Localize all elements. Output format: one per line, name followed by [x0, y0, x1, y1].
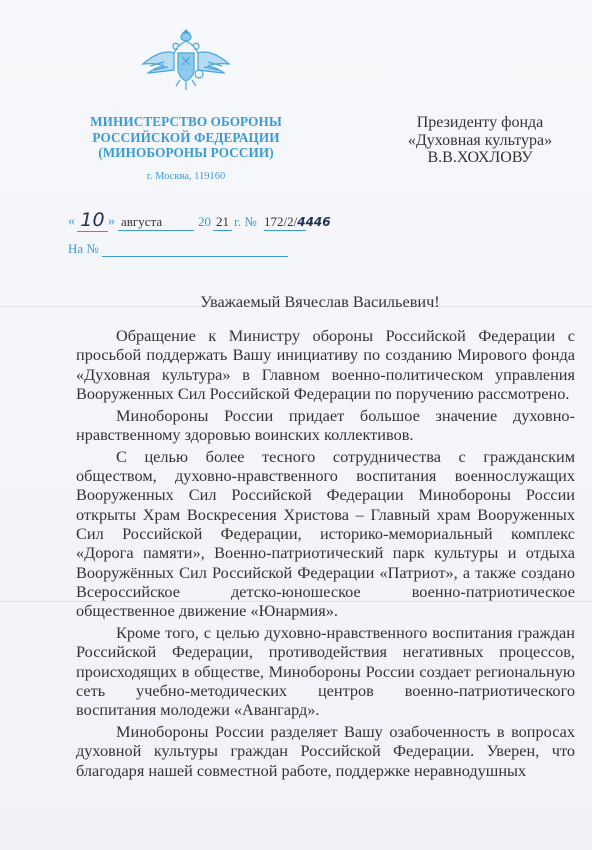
- number-typed: 172/2/: [264, 214, 297, 229]
- year-suffix: 21: [213, 214, 232, 231]
- salutation: Уважаемый Вячеслав Васильевич!: [60, 292, 580, 312]
- addressee-line: В.В.ХОХЛОВУ: [380, 149, 580, 167]
- year-number-label: г. №: [234, 214, 257, 230]
- paragraph: С целью более тесного сотрудничества с г…: [76, 447, 575, 621]
- paragraph: Минобороны России разделяет Вашу озабоче…: [76, 722, 575, 780]
- ministry-line: (МИНОБОРОНЫ РОССИИ): [62, 145, 310, 161]
- addressee-block: Президенту фонда «Духовная культура» В.В…: [380, 114, 580, 167]
- quote-open: «: [68, 214, 75, 230]
- year-prefix: 20: [198, 214, 211, 230]
- quote-close: »: [108, 214, 115, 230]
- paragraph: Обращение к Министру обороны Российской …: [76, 326, 575, 403]
- letter-page: МИНИСТЕРСТВО ОБОРОНЫ РОССИЙСКОЙ ФЕДЕРАЦИ…: [0, 0, 592, 850]
- registration-number: 172/2/4446: [264, 214, 306, 231]
- number-handwritten: 4446: [297, 215, 330, 229]
- ministry-name: МИНИСТЕРСТВО ОБОРОНЫ РОССИЙСКОЙ ФЕДЕРАЦИ…: [62, 114, 310, 161]
- letter-body: Обращение к Министру обороны Российской …: [76, 326, 575, 782]
- ministry-line: МИНИСТЕРСТВО ОБОРОНЫ: [62, 114, 310, 130]
- ministry-line: РОССИЙСКОЙ ФЕДЕРАЦИИ: [62, 130, 310, 146]
- ministry-address: г. Москва, 119160: [62, 171, 310, 182]
- double-headed-eagle-emblem-icon: [140, 26, 232, 94]
- paragraph: Минобороны России придает большое значен…: [76, 406, 575, 445]
- reference-label: На №: [68, 241, 99, 257]
- day-handwritten: 10: [77, 209, 108, 232]
- month: августа: [118, 214, 194, 231]
- addressee-line: Президенту фонда: [380, 114, 580, 132]
- reference-field-line: [102, 256, 288, 257]
- paragraph: Кроме того, с целью духовно-нравственног…: [76, 623, 575, 719]
- addressee-line: «Духовная культура»: [380, 132, 580, 150]
